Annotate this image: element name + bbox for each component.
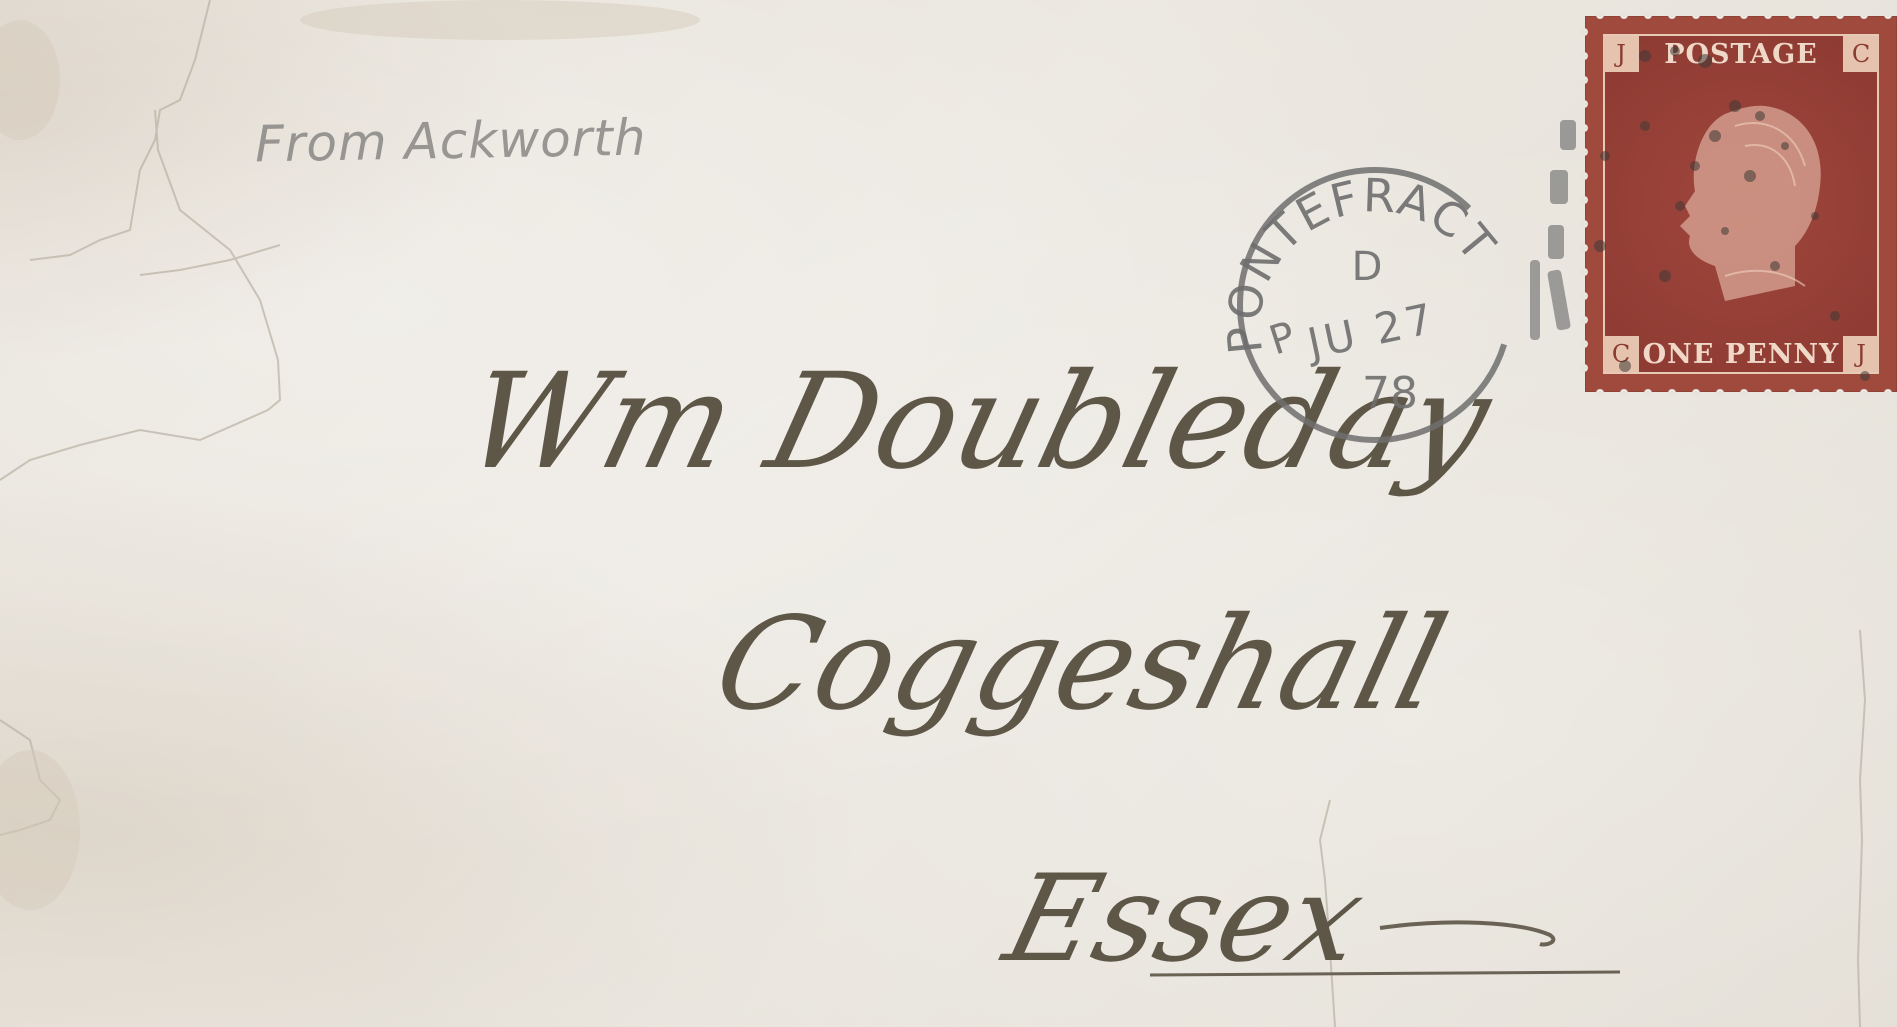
postmark-year: 78 (1362, 368, 1418, 419)
queen-victoria-portrait-icon (1645, 86, 1845, 326)
stamp-postage-label: POSTAGE (1639, 39, 1843, 70)
stamp-corner-bottom-right: J (1843, 336, 1879, 372)
envelope: From Ackworth Wm Doubleday Coggeshall Es… (0, 0, 1897, 1027)
postmark-date: JU 27 (1300, 293, 1440, 369)
pencil-annotation: From Ackworth (255, 109, 647, 174)
stamp-bottom-band: C ONE PENNY J (1603, 334, 1879, 374)
stamp-corner-bottom-left: C (1603, 336, 1639, 372)
stamp-top-band: J POSTAGE C (1603, 34, 1879, 74)
postmark-code: D (1352, 244, 1383, 290)
stamp-corner-top-left: J (1603, 36, 1639, 72)
stamp-one-penny-label: ONE PENNY (1639, 339, 1843, 370)
address-county: Essex (993, 850, 1377, 989)
address-town: Coggeshall (701, 590, 1459, 739)
stamp-corner-top-right: C (1843, 36, 1879, 72)
penny-red-stamp: J POSTAGE C C ONE PENNY J (1585, 16, 1897, 392)
postmark-prefix: P (1264, 313, 1301, 364)
pontefract-postmark: PONTEFRACT D P JU 27 78 (1215, 160, 1535, 450)
